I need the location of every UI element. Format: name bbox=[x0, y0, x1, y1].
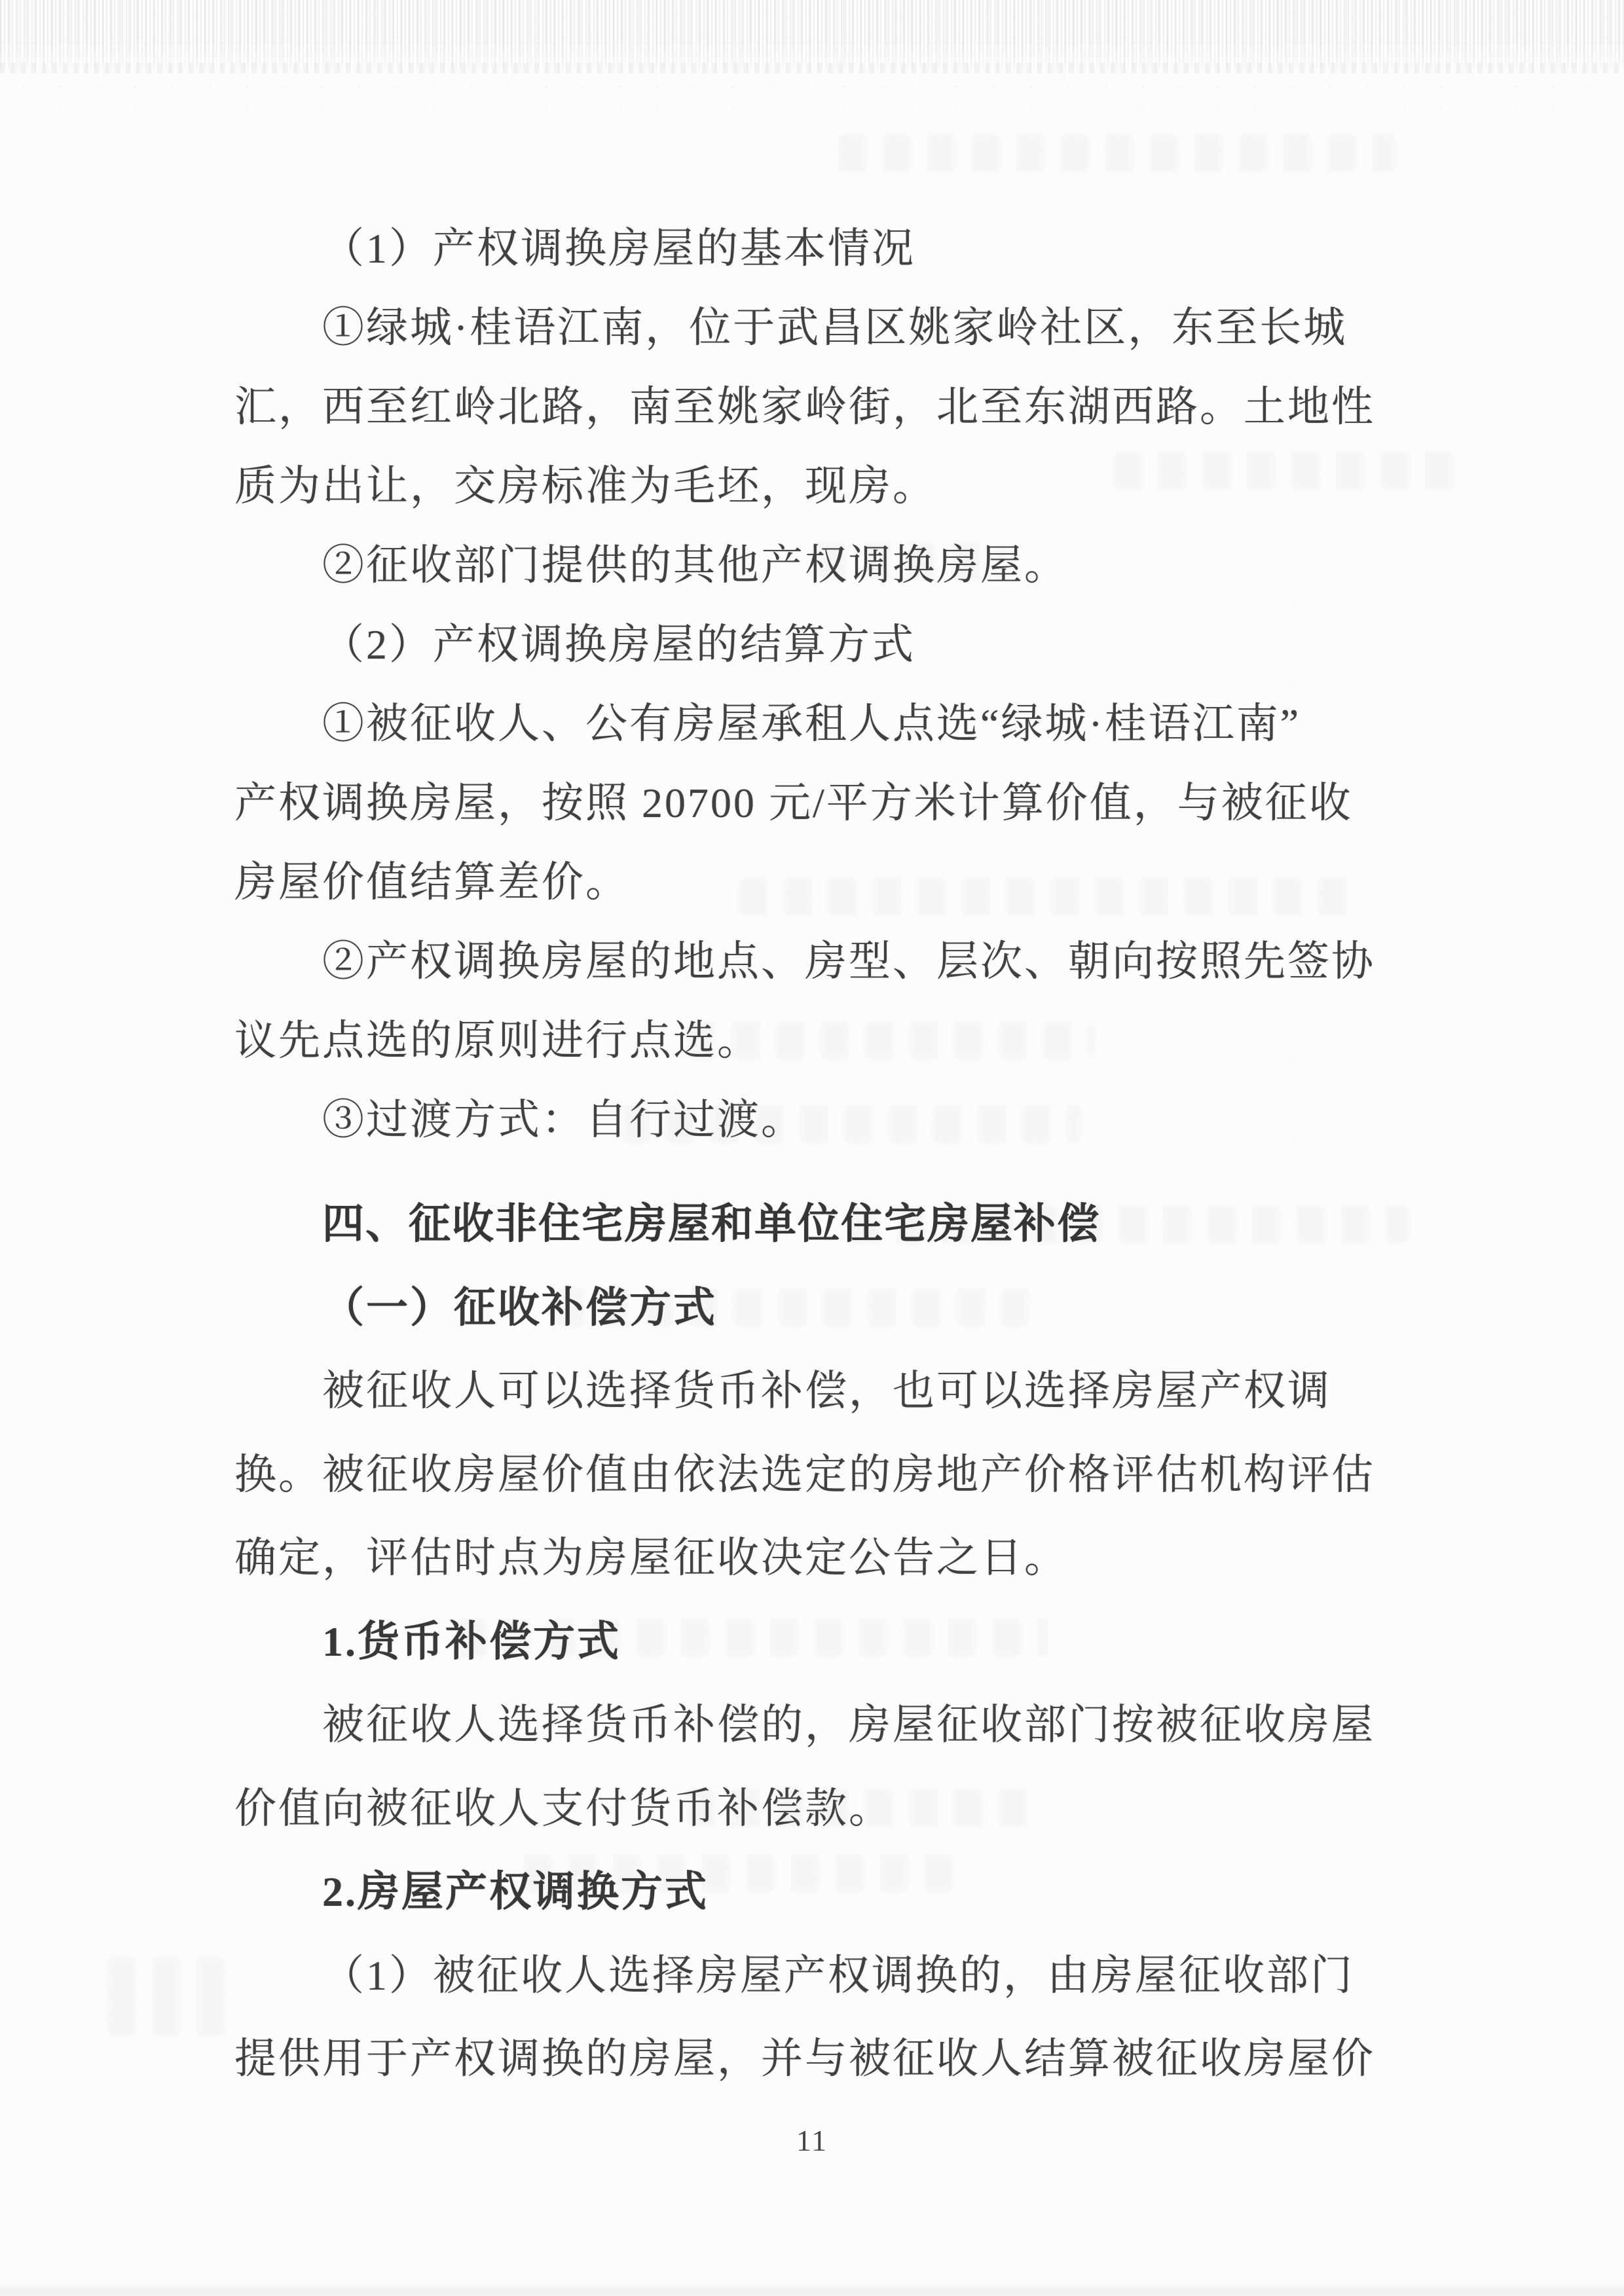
paragraph-line: 确定，评估时点为房屋征收决定公告之日。 bbox=[234, 1516, 1407, 1600]
paragraph-line: 产权调换房屋，按照 20700 元/平方米计算价值，与被征收 bbox=[234, 763, 1407, 843]
paragraph-line: （2）产权调换房屋的结算方式 bbox=[234, 605, 1407, 684]
scan-noise-streak bbox=[0, 63, 1624, 73]
numbered-heading: 2.房屋产权调换方式 bbox=[234, 1850, 1407, 1934]
subsection-heading: （一）征收补偿方式 bbox=[234, 1266, 1407, 1350]
bleedthrough-smudge bbox=[108, 1958, 232, 2036]
paragraph-line: 价值向被征收人支付货币补偿款。 bbox=[234, 1767, 1407, 1851]
paragraph-line: 被征收人选择货币补偿的，房屋征收部门按被征收房屋 bbox=[234, 1683, 1407, 1767]
paragraph-line: ①被征收人、公有房屋承租人点选“绿城·桂语江南” bbox=[234, 684, 1407, 763]
paragraph-line: ②产权调换房屋的地点、房型、层次、朝向按照先签协 bbox=[234, 922, 1407, 1001]
document-body-lower: 四、征收非住宅房屋和单位住宅房屋补偿 （一）征收补偿方式 被征收人可以选择货币补… bbox=[234, 1182, 1407, 2101]
paragraph-line: 质为出让，交房标准为毛坯，现房。 bbox=[234, 446, 1407, 526]
paragraph-line: ①绿城·桂语江南，位于武昌区姚家岭社区，东至长城 bbox=[234, 288, 1407, 367]
paragraph-line: 提供用于产权调换的房屋，并与被征收人结算被征收房屋价 bbox=[234, 2017, 1407, 2101]
paragraph-line: ②征收部门提供的其他产权调换房屋。 bbox=[234, 526, 1407, 605]
paragraph-line: ③过渡方式：自行过渡。 bbox=[234, 1080, 1407, 1159]
paragraph-line: （1）被征收人选择房屋产权调换的，由房屋征收部门 bbox=[234, 1934, 1407, 2018]
paragraph-line: 汇，西至红岭北路，南至姚家岭街，北至东湖西路。土地性 bbox=[234, 367, 1407, 446]
scanned-document-page: （1）产权调换房屋的基本情况 ①绿城·桂语江南，位于武昌区姚家岭社区，东至长城 … bbox=[0, 0, 1624, 2296]
paragraph-line: 议先点选的原则进行点选。 bbox=[234, 1001, 1407, 1080]
paragraph-line: （1）产权调换房屋的基本情况 bbox=[234, 209, 1407, 288]
paragraph-line: 换。被征收房屋价值由依法选定的房地产价格评估机构评估 bbox=[234, 1433, 1407, 1517]
paragraph-line: 房屋价值结算差价。 bbox=[234, 843, 1407, 922]
scan-noise-speckles bbox=[0, 73, 1624, 178]
page-number: 11 bbox=[0, 2126, 1624, 2156]
paragraph-line: 被征收人可以选择货币补偿，也可以选择房屋产权调 bbox=[234, 1349, 1407, 1433]
scan-bottom-edge bbox=[0, 2283, 1624, 2296]
document-body-upper: （1）产权调换房屋的基本情况 ①绿城·桂语江南，位于武昌区姚家岭社区，东至长城 … bbox=[234, 209, 1407, 1159]
numbered-heading: 1.货币补偿方式 bbox=[234, 1600, 1407, 1684]
section-heading: 四、征收非住宅房屋和单位住宅房屋补偿 bbox=[234, 1182, 1407, 1266]
